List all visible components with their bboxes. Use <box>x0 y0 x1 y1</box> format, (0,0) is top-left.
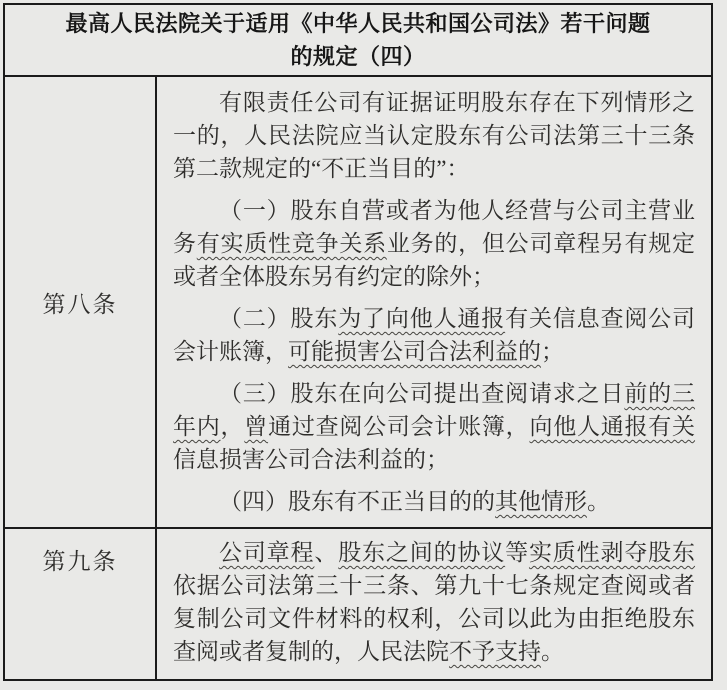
wavy-annotated-text: 股东之间的协议 <box>338 540 505 565</box>
paragraph: （四）股东有不正当目的的其他情形。 <box>173 485 695 518</box>
paragraph: 公司章程、股东之间的协议等实质性剥夺股东依据公司法第三十三条、第九十七条规定查阅… <box>173 536 695 668</box>
text-segment: 、 <box>314 540 338 565</box>
wavy-annotated-text: 有实质性竞争关系 <box>197 231 387 256</box>
paragraph: 有限责任公司有证据证明股东存在下列情形之一的，人民法院应当认定股东有公司法第三十… <box>173 86 695 185</box>
article-content: 公司章程、股东之间的协议等实质性剥夺股东依据公司法第三十三条、第九十七条规定查阅… <box>157 529 711 679</box>
wavy-annotated-text: 可能损害公司合法利益的 <box>288 339 541 364</box>
rows-container: 第八条有限责任公司有证据证明股东存在下列情形之一的，人民法院应当认定股东有公司法… <box>5 77 711 679</box>
wavy-annotated-text: 实质性剥夺股东 <box>529 540 695 565</box>
paragraph: （一）股东自营或者为他人经营与公司主营业务有实质性竞争关系业务的，但公司章程另有… <box>173 194 695 293</box>
text-segment: ； <box>541 339 564 364</box>
text-segment: ， <box>221 414 245 439</box>
text-segment: 。 <box>541 639 564 664</box>
text-segment: （二）股东 <box>219 306 338 331</box>
text-segment: 依据公司法第三十三条、第九十七条规定查阅或者复制公司文件材料的权利，公司以此为由… <box>173 573 695 664</box>
wavy-annotated-text: 为了向他人通报 <box>338 306 505 331</box>
table-title: 最高人民法院关于适用《中华人民共和国公司法》若干问题的规定（四） <box>63 7 653 73</box>
text-segment: （三）股东在向公司提出查阅请求之日 <box>219 381 624 406</box>
wavy-annotated-text: 曾 <box>244 414 268 439</box>
text-segment: 。 <box>587 489 610 514</box>
document-page: 最高人民法院关于适用《中华人民共和国公司法》若干问题的规定（四） 第八条有限责任… <box>0 0 727 690</box>
article-number: 第九条 <box>5 529 157 679</box>
text-segment: 有限责任公司有证据证明股东存在下列情形之一的，人民法院应当认定股东有公司法第三十… <box>173 90 695 181</box>
article-row: 第九条公司章程、股东之间的协议等实质性剥夺股东依据公司法第三十三条、第九十七条规… <box>5 529 711 679</box>
law-table: 最高人民法院关于适用《中华人民共和国公司法》若干问题的规定（四） 第八条有限责任… <box>3 3 713 681</box>
wavy-annotated-text: 不予支持 <box>449 639 541 664</box>
table-header-row: 最高人民法院关于适用《中华人民共和国公司法》若干问题的规定（四） <box>5 5 711 77</box>
text-segment: 信息损害公司合法利益的； <box>173 447 449 472</box>
article-row: 第八条有限责任公司有证据证明股东存在下列情形之一的，人民法院应当认定股东有公司法… <box>5 77 711 529</box>
text-segment: 通过查阅公司会计账簿， <box>268 414 529 439</box>
article-number: 第八条 <box>5 77 157 527</box>
wavy-annotated-text: 公司章程 <box>219 540 314 565</box>
article-content: 有限责任公司有证据证明股东存在下列情形之一的，人民法院应当认定股东有公司法第三十… <box>157 77 711 527</box>
wavy-annotated-text: 向他人通报有关 <box>529 414 695 439</box>
paragraph: （三）股东在向公司提出查阅请求之日前的三年内，曾通过查阅公司会计账簿，向他人通报… <box>173 377 695 476</box>
paragraph: （二）股东为了向他人通报有关信息查阅公司会计账簿，可能损害公司合法利益的； <box>173 302 695 368</box>
text-segment: 等 <box>505 540 529 565</box>
wavy-annotated-text: 其他情形 <box>495 489 587 514</box>
text-segment: （四）股东有不正当目的的 <box>219 489 495 514</box>
